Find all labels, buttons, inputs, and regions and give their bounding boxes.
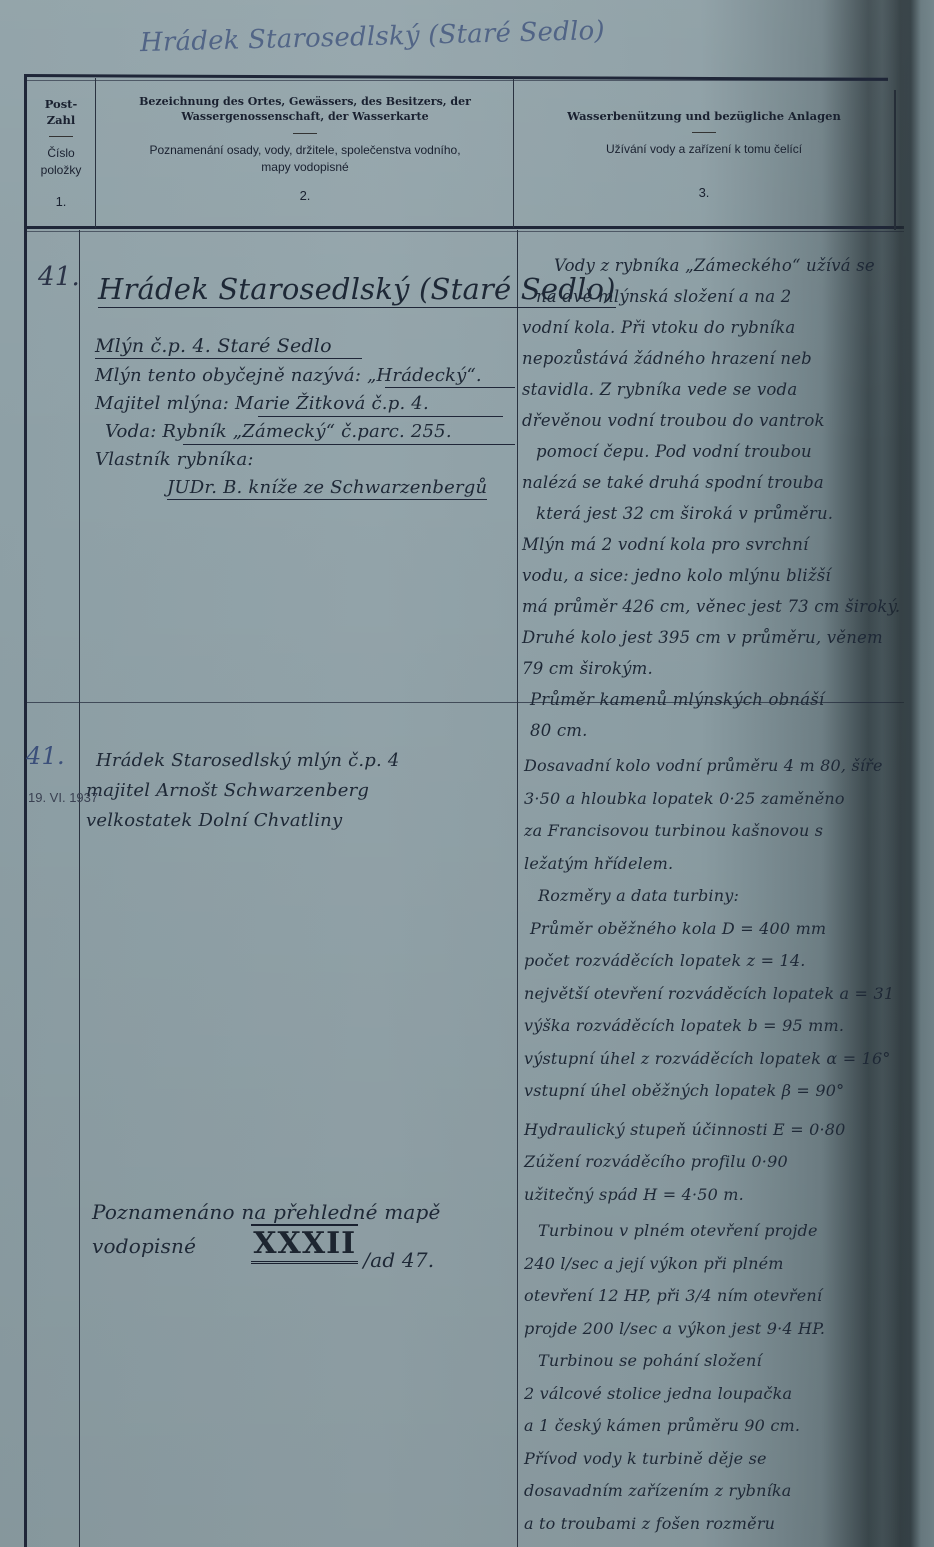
- usage-line: 80 cm.: [522, 715, 900, 746]
- usage-line: 3·50 a hloubka lopatek 0·25 zaměněno: [524, 783, 894, 816]
- field-underline: [385, 387, 515, 388]
- entry-2-map-note-line-2: vodopisné: [92, 1234, 196, 1258]
- usage-line: vodní kola. Při vtoku do rybníka: [522, 312, 900, 343]
- usage-line: 240 l/sec a její výkon při plném: [524, 1248, 894, 1281]
- usage-line: Turbinou v plném otevření projde: [524, 1215, 894, 1248]
- header-col-2-de-1: Bezeichnung des Ortes, Gewässers, des Be…: [98, 94, 512, 109]
- header-divider-dash: [293, 133, 317, 134]
- col2-divider-body: [517, 230, 518, 1547]
- entry-1-fields: Mlýn č.p. 4. Staré Sedlo Mlýn tento obyč…: [95, 335, 515, 505]
- usage-line: počet rozváděcích lopatek z = 14.: [524, 945, 894, 978]
- entry-2-map-roman-number: XXXII: [251, 1224, 358, 1264]
- header-col-2-cz-1: Poznamenání osady, vody, držitele, spole…: [98, 142, 512, 159]
- header-col-1-number: 1.: [28, 193, 94, 211]
- header-col-3: Wasserbenützung und bezügliche Anlagen U…: [516, 108, 892, 202]
- header-col-2-cz-2: mapy vodopisné: [98, 159, 512, 176]
- usage-line: 2 válcové stolice jedna loupačka: [524, 1378, 894, 1411]
- usage-line: na dvě mlýnská složení a na 2: [522, 281, 900, 312]
- header-col-2-number: 2.: [98, 187, 512, 205]
- usage-line: Dosavadní kolo vodní průměru 4 m 80, šíř…: [524, 750, 894, 783]
- entry-1-field-pond-owner-label: Vlastník rybníka:: [95, 449, 254, 470]
- entry-1-field-mill: Mlýn č.p. 4. Staré Sedlo: [95, 335, 362, 357]
- usage-line: Vody z rybníka „Zámeckého“ užívá se: [522, 250, 900, 281]
- usage-line: Přívod vody k turbině děje se: [524, 1443, 894, 1476]
- entry-1-number: 41.: [38, 262, 80, 292]
- page-binding-shadow: [882, 0, 934, 1547]
- header-col-1-cz-2: položky: [28, 162, 94, 179]
- header-col-3-de: Wasserbenützung und bezügliche Anlagen: [516, 108, 892, 124]
- usage-line: největší otevření rozváděcích lopatek a …: [524, 978, 894, 1011]
- usage-line: Zúžení rozváděcího profilu 0·90: [524, 1146, 894, 1179]
- usage-line: Druhé kolo jest 395 cm v průměru, věnem: [522, 622, 900, 653]
- usage-line: za Francisovou turbinou kašnovou s: [524, 815, 894, 848]
- usage-line: ležatým hřídelem.: [524, 848, 894, 881]
- header-col-3-cz: Užívání vody a zařízení k tomu čelící: [516, 141, 892, 158]
- header-divider-dash: [49, 136, 73, 137]
- entry-2-usage: Dosavadní kolo vodní průměru 4 m 80, šíř…: [524, 750, 894, 1540]
- usage-line: má průměr 426 cm, věnec jest 73 cm širok…: [522, 591, 900, 622]
- header-col-1-de: Post-Zahl: [43, 96, 79, 128]
- entry-1-field-name: Mlýn tento obyčejně nazývá: „Hrádecký“.: [95, 365, 482, 386]
- usage-line: Turbinou se pohání složení: [524, 1345, 894, 1378]
- usage-line: stavidla. Z rybníka vede se voda: [522, 374, 900, 405]
- entry-2-number: 41.: [26, 742, 65, 770]
- col1-divider-body: [79, 230, 80, 1547]
- entry-2-map-note: Poznamenáno na přehledné mapě vodopisné …: [92, 1200, 512, 1261]
- col1-divider: [95, 78, 96, 228]
- usage-line: a to troubami z fošen rozměru: [524, 1508, 894, 1541]
- entry-2-map-ref: /ad 47.: [363, 1248, 434, 1272]
- usage-line: otevření 12 HP, při 3/4 ním otevření: [524, 1280, 894, 1313]
- header-divider-dash: [692, 132, 716, 133]
- entry-2-map-note-line-1: Poznamenáno na přehledné mapě: [92, 1200, 512, 1224]
- usage-line: nepozůstává žádného hrazení neb: [522, 343, 900, 374]
- entry-1-field-pond-owner: JUDr. B. kníže ze Schwarzenbergů: [167, 477, 487, 498]
- usage-line: výstupní úhel z rozváděcích lopatek α = …: [524, 1043, 894, 1076]
- header-col-2-de-2: Wassergenossenschaft, der Wasserkarte: [98, 109, 512, 124]
- usage-line: výška rozváděcích lopatek b = 95 mm.: [524, 1010, 894, 1043]
- usage-line: Hydraulický stupeň účinnosti E = 0·80: [524, 1114, 894, 1147]
- usage-line: užitečný spád H = 4·50 m.: [524, 1179, 894, 1212]
- usage-line: která jest 32 cm široká v průměru.: [522, 498, 900, 529]
- table-top-border-thin: [24, 80, 888, 81]
- header-col-2: Bezeichnung des Ortes, Gewässers, des Be…: [98, 94, 512, 206]
- usage-line: Průměr oběžného kola D = 400 mm: [524, 913, 894, 946]
- field-underline: [258, 416, 503, 417]
- entry-1-field-water: Voda: Rybník „Zámecký“ č.parc. 255.: [105, 421, 452, 442]
- entry-1-usage: Vody z rybníka „Zámeckého“ užívá se na d…: [522, 250, 900, 746]
- entry-2-map-note-row-2: vodopisné XXXII /ad 47.: [92, 1226, 512, 1261]
- entry-2-field-owner: majitel Arnošt Schwarzenberg: [86, 780, 369, 801]
- usage-line: dřevěnou vodní troubou do vantrok: [522, 405, 900, 436]
- usage-line: Průměr kamenů mlýnských obnáší: [522, 684, 900, 715]
- usage-line: dosavadním zařízením z rybníka: [524, 1475, 894, 1508]
- page-top-title: Hrádek Starosedlský (Staré Sedlo): [140, 16, 605, 58]
- usage-line: a 1 český kámen průměru 90 cm.: [524, 1410, 894, 1443]
- header-col-3-number: 3.: [516, 184, 892, 202]
- header-col-1-cz-1: Číslo: [28, 145, 94, 162]
- usage-line: pomocí čepu. Pod vodní troubou: [522, 436, 900, 467]
- entry-2-field-mill: Hrádek Starosedlský mlýn č.p. 4: [96, 750, 400, 771]
- field-underline: [183, 444, 515, 445]
- table-left-border: [24, 76, 27, 1547]
- usage-line: 79 cm širokým.: [522, 653, 900, 684]
- header-bottom-border: [24, 226, 904, 229]
- usage-line: vodu, a sice: jedno kolo mlýnu bližší: [522, 560, 900, 591]
- usage-line: Rozměry a data turbiny:: [524, 880, 894, 913]
- usage-line: Mlýn má 2 vodní kola pro svrchní: [522, 529, 900, 560]
- header-col-1: Post-Zahl Číslo položky 1.: [28, 96, 94, 211]
- header-bottom-border-thin: [24, 231, 904, 232]
- entry-1-field-owner: Majitel mlýna: Marie Žitková č.p. 4.: [95, 393, 429, 414]
- col2-divider: [513, 78, 514, 228]
- entry-2-field-estate: velkostatek Dolní Chvatliny: [86, 810, 342, 831]
- usage-line: vstupní úhel oběžných lopatek β = 90°: [524, 1075, 894, 1108]
- usage-line: projde 200 l/sec a výkon jest 9·4 HP.: [524, 1313, 894, 1346]
- usage-line: nalézá se také druhá spodní trouba: [522, 467, 900, 498]
